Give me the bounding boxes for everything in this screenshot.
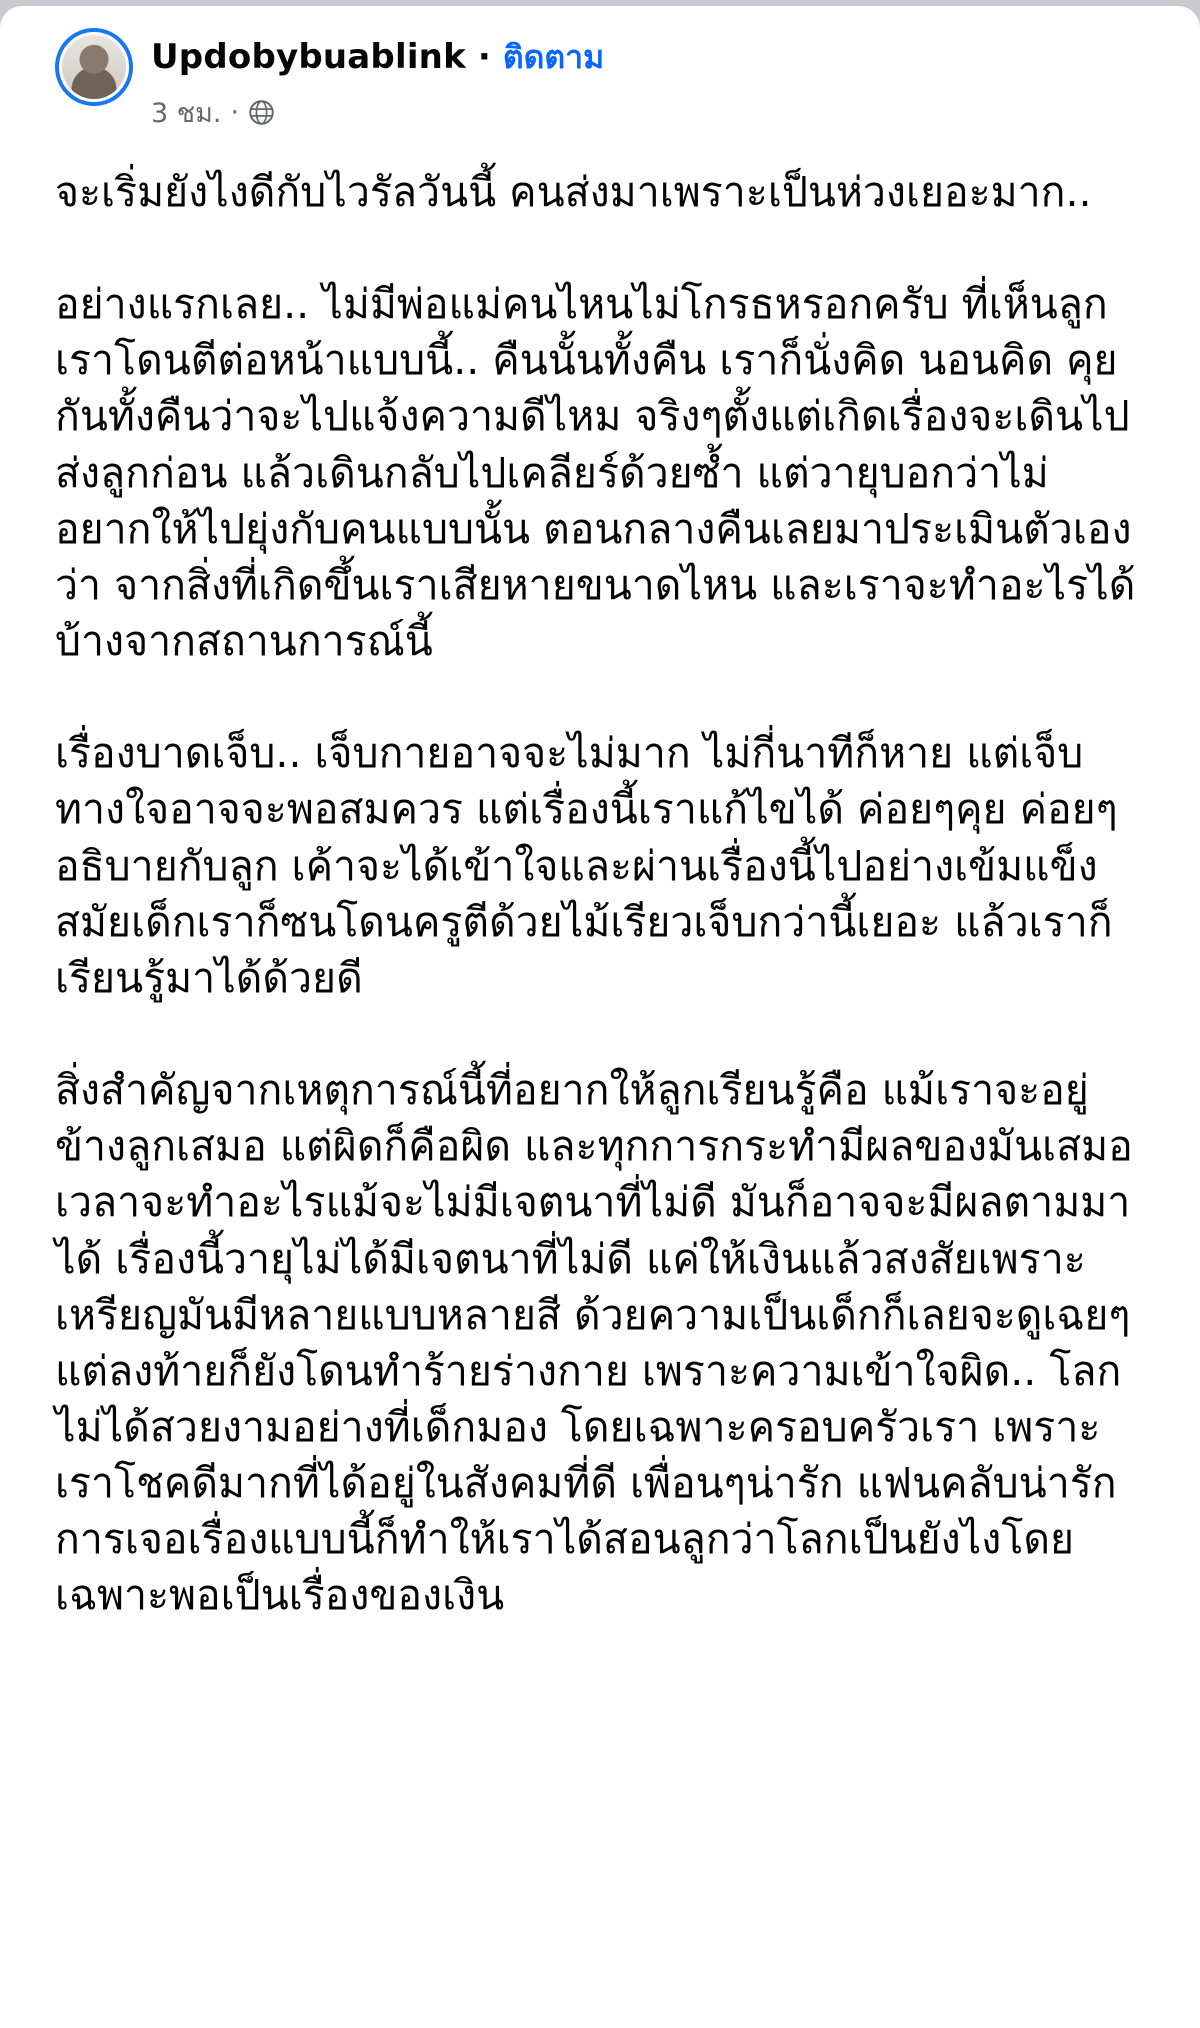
follow-button[interactable]: ติดตาม (503, 32, 604, 83)
timestamp[interactable]: 3 ชม. (151, 91, 221, 134)
post-paragraph: อย่างแรกเลย.. ไม่มีพ่อแม่คนไหนไม่โกรธหรอ… (55, 276, 1145, 669)
post-paragraph: เรื่องบาดเจ็บ.. เจ็บกายอาจจะไม่มาก ไม่กี… (55, 725, 1145, 1006)
author-row: Updobybuablink · ติดตาม (151, 32, 604, 83)
meta-separator: · (230, 97, 239, 128)
post-meta-row: 3 ชม. · (151, 91, 604, 134)
avatar-image (62, 35, 126, 99)
post-paragraph: สิ่งสำคัญจากเหตุการณ์นี้ที่อยากให้ลูกเรี… (55, 1062, 1145, 1624)
globe-privacy-icon (248, 99, 275, 126)
post-paragraph: จะเริ่มยังไงดีกับไวรัลวันนี้ คนส่งมาเพรา… (55, 164, 1145, 220)
post-header: Updobybuablink · ติดตาม 3 ชม. · (55, 28, 1145, 134)
post-card: Updobybuablink · ติดตาม 3 ชม. · จะเริ่มย… (0, 6, 1200, 2028)
post-body: จะเริ่มยังไงดีกับไวรัลวันนี้ คนส่งมาเพรา… (55, 164, 1145, 1624)
name-follow-separator: · (478, 37, 491, 77)
post-header-text: Updobybuablink · ติดตาม 3 ชม. · (151, 28, 604, 134)
author-name[interactable]: Updobybuablink (151, 37, 466, 77)
avatar[interactable] (55, 28, 133, 106)
